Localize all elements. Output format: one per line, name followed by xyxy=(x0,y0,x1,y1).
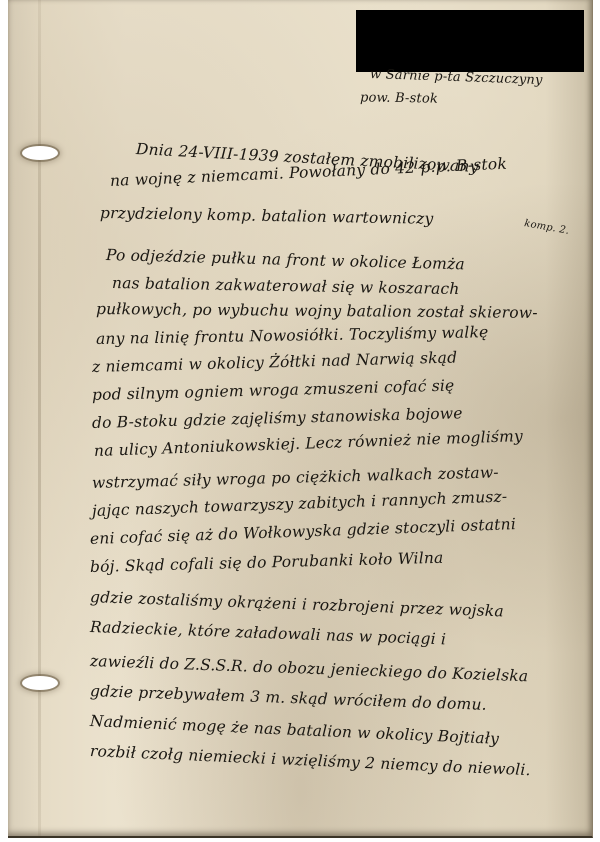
body-line: eni cofać się aż do Wołkowyska gdzie sto… xyxy=(90,515,517,548)
body-line: rozbił czołg niemiecki i wzięliśmy 2 nie… xyxy=(90,742,531,779)
body-line: Radzieckie, które załadowali nas w pocią… xyxy=(90,618,447,648)
body-line: pod silnym ogniem wroga zmuszeni cofać s… xyxy=(92,377,455,404)
body-line: gdzie zostaliśmy okrążeni i rozbrojeni p… xyxy=(90,588,504,620)
punch-hole-top xyxy=(22,146,58,160)
body-line: na ulicy Antoniukowskiej. Lecz również n… xyxy=(94,427,524,460)
body-line: Nadmienić mogę że nas batalion w okolicy… xyxy=(90,712,500,748)
margin-note: komp. 2. xyxy=(523,218,570,237)
body-line: Po odjeździe pułku na front w okolice Ło… xyxy=(106,246,465,273)
body-line: pułkowych, po wybuchu wojny batalion zos… xyxy=(96,300,538,322)
body-line: any na linię frontu Nowosiółki. Toczyliś… xyxy=(96,323,489,348)
body-line: bój. Skąd cofali się do Porubanki koło W… xyxy=(90,549,444,576)
punch-hole-bottom xyxy=(22,676,58,690)
body-line: z niemcami w okolicy Żółtki nad Narwią s… xyxy=(92,348,458,376)
body-line: przydzielony komp. batalion wartowniczy xyxy=(100,204,434,228)
body-line: do B-stoku gdzie zajęliśmy stanowiska bo… xyxy=(92,404,463,432)
redaction-box xyxy=(356,10,584,72)
body-line: zawieźli do Z.S.S.R. do obozu jenieckieg… xyxy=(90,652,529,685)
body-line: gdzie przebywałem 3 m. skąd wróciłem do … xyxy=(90,682,487,714)
fold-line xyxy=(38,0,41,836)
scanned-page: w Sarnie p-ta Szczuczyny pow. B-stok Dni… xyxy=(8,0,593,838)
body-line: wstrzymać siły wroga po ciężkich walkach… xyxy=(92,463,499,492)
body-line: nas batalion zakwaterował się w koszarac… xyxy=(112,274,460,298)
address-line-2: pow. B-stok xyxy=(360,90,438,106)
body-line: jając naszych towarzyszy zabitych i rann… xyxy=(92,488,508,520)
